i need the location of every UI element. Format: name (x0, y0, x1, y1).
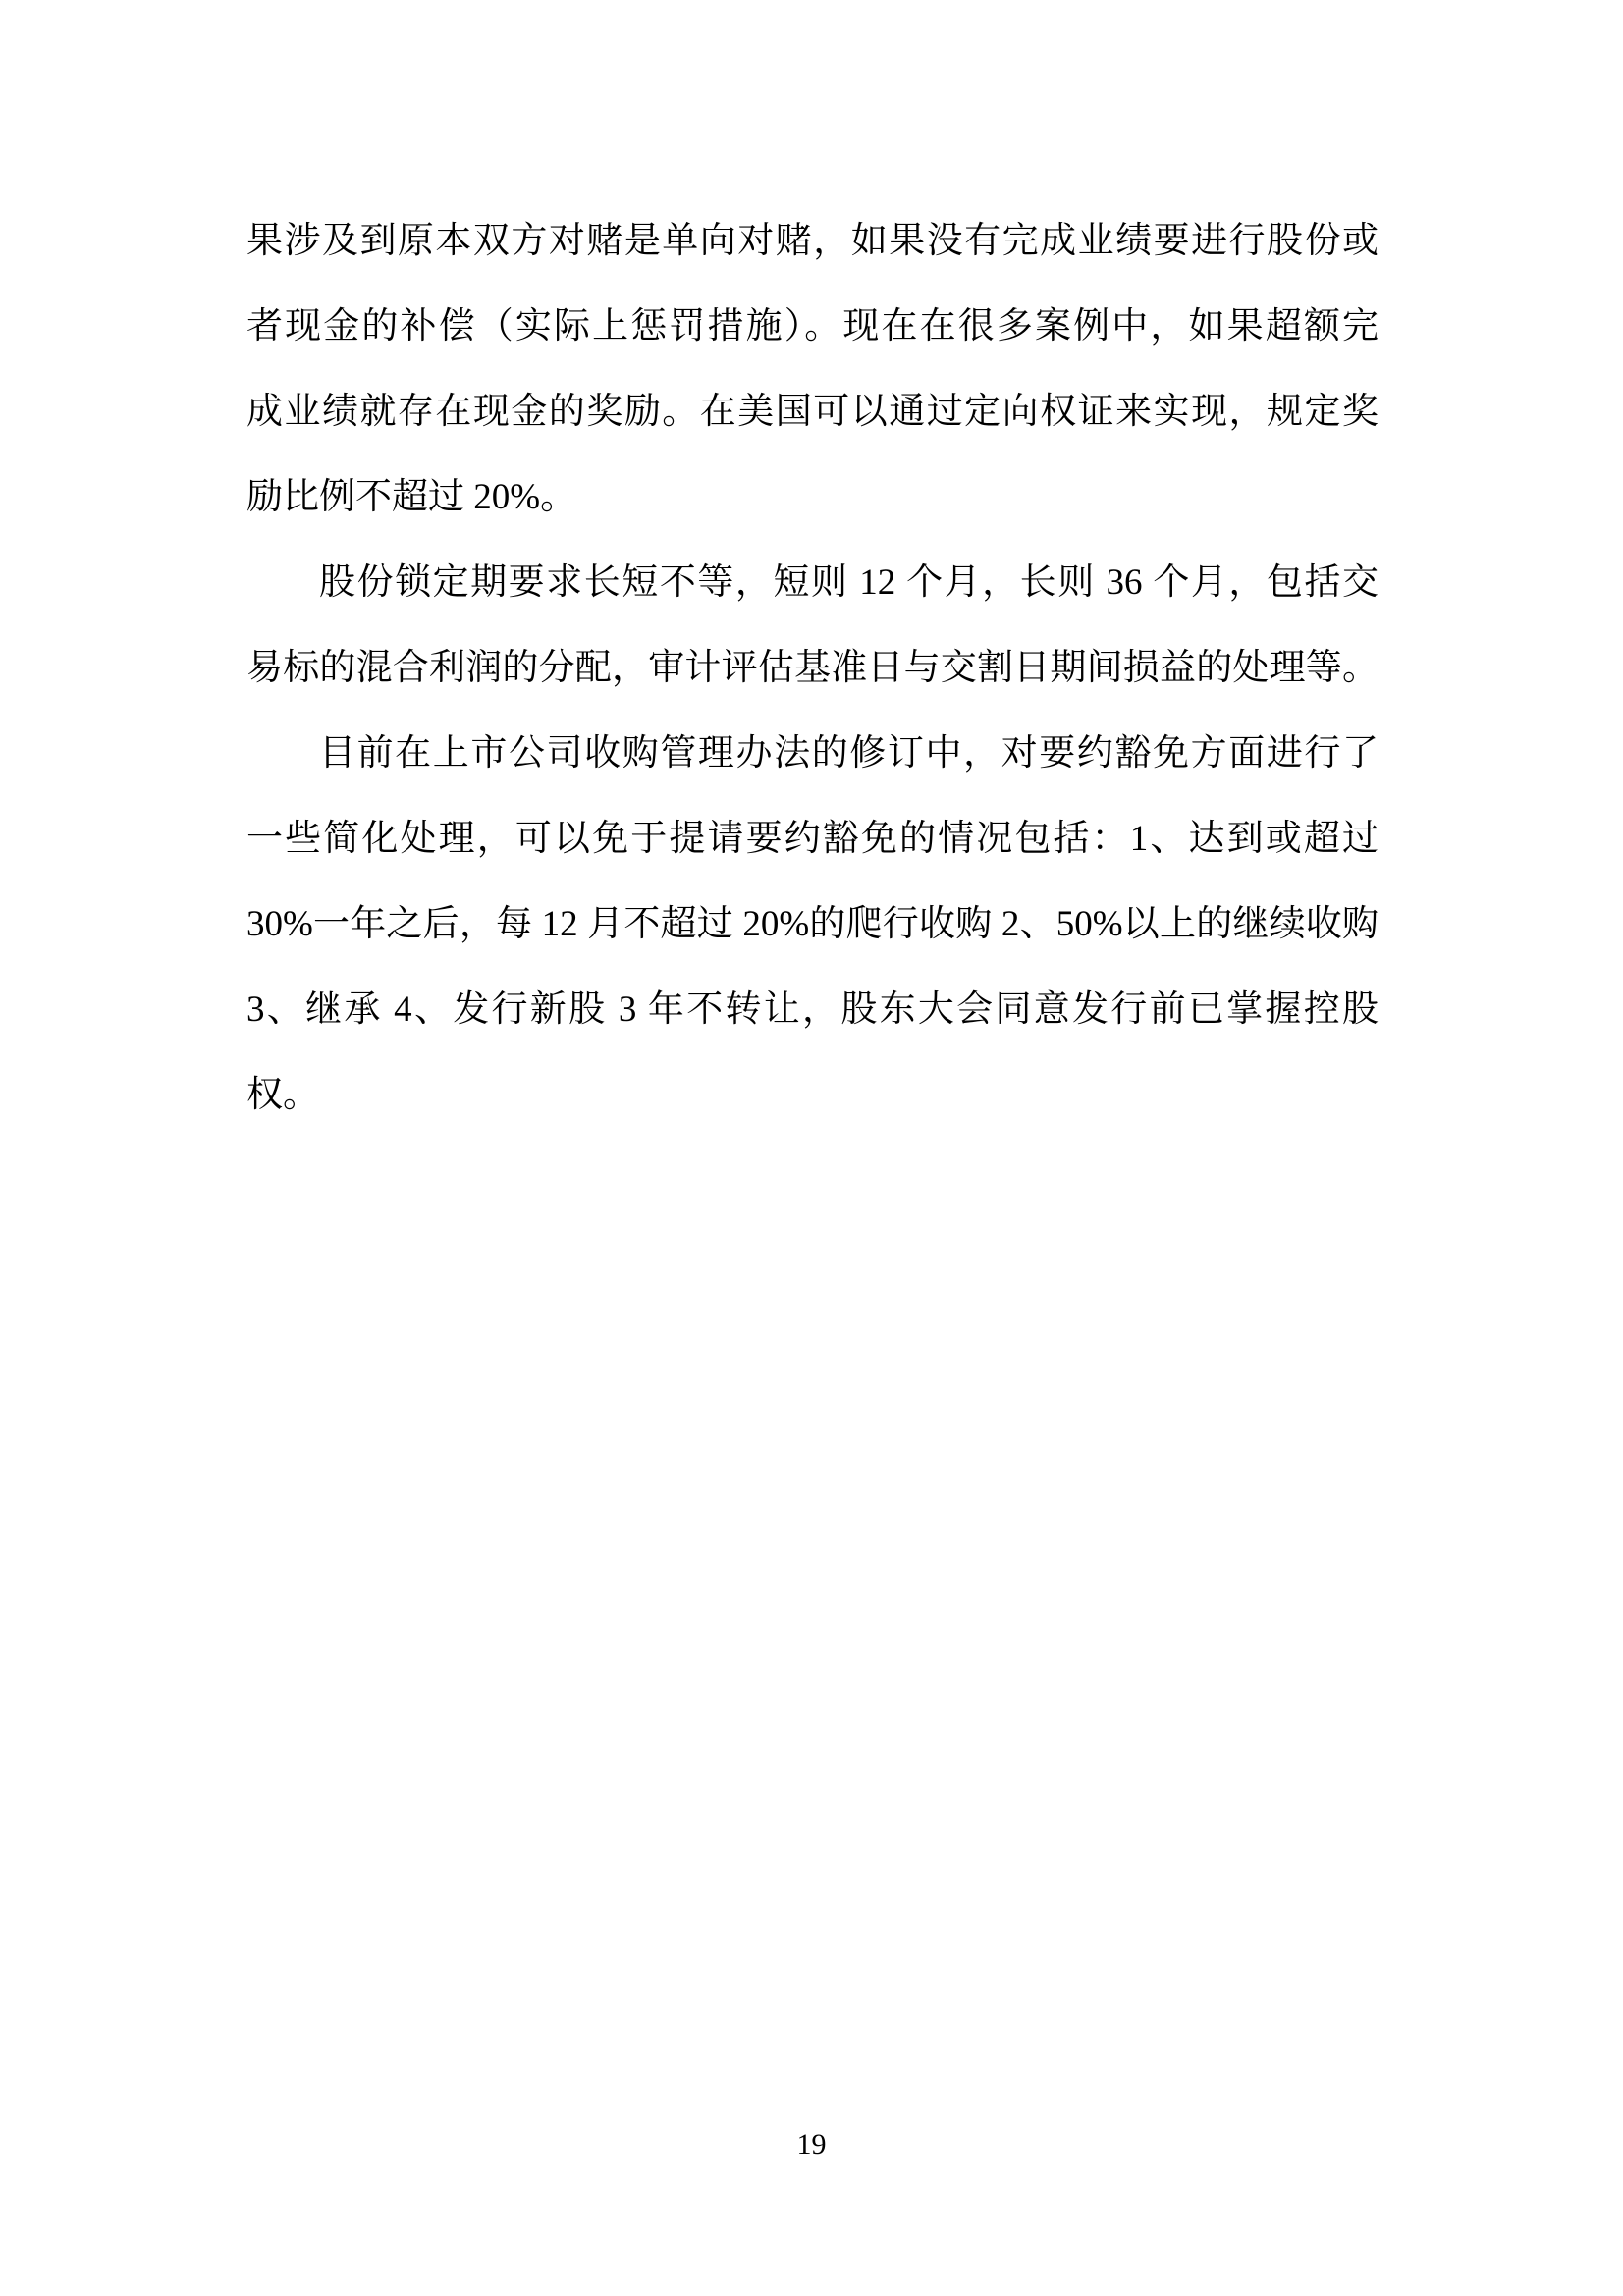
text-line: 励比例不超过 20%。 (246, 454, 1379, 540)
text-line: 成业绩就存在现金的奖励。在美国可以通过定向权证来实现，规定奖 (246, 369, 1379, 454)
text-line: 目前在上市公司收购管理办法的修订中，对要约豁免方面进行了 (246, 711, 1379, 796)
page-number: 19 (0, 2125, 1623, 2164)
text-line: 3、继承 4、发行新股 3 年不转让，股东大会同意发行前已掌握控股 (246, 967, 1379, 1052)
text-line: 者现金的补偿（实际上惩罚措施）。现在在很多案例中，如果超额完 (246, 284, 1379, 369)
text-line: 股份锁定期要求长短不等，短则 12 个月，长则 36 个月，包括交 (246, 540, 1379, 625)
text-block: 果涉及到原本双方对赌是单向对赌，如果没有完成业绩要进行股份或 者现金的补偿（实际… (246, 198, 1379, 1138)
text-line: 权。 (246, 1052, 1379, 1138)
text-line: 一些简化处理，可以免于提请要约豁免的情况包括：1、达到或超过 (246, 796, 1379, 881)
text-line: 30%一年之后，每 12 月不超过 20%的爬行收购 2、50%以上的继续收购 (246, 881, 1379, 967)
text-line: 易标的混合利润的分配，审计评估基准日与交割日期间损益的处理等。 (246, 625, 1379, 711)
document-page: 果涉及到原本双方对赌是单向对赌，如果没有完成业绩要进行股份或 者现金的补偿（实际… (0, 0, 1623, 2296)
text-line: 果涉及到原本双方对赌是单向对赌，如果没有完成业绩要进行股份或 (246, 198, 1379, 284)
